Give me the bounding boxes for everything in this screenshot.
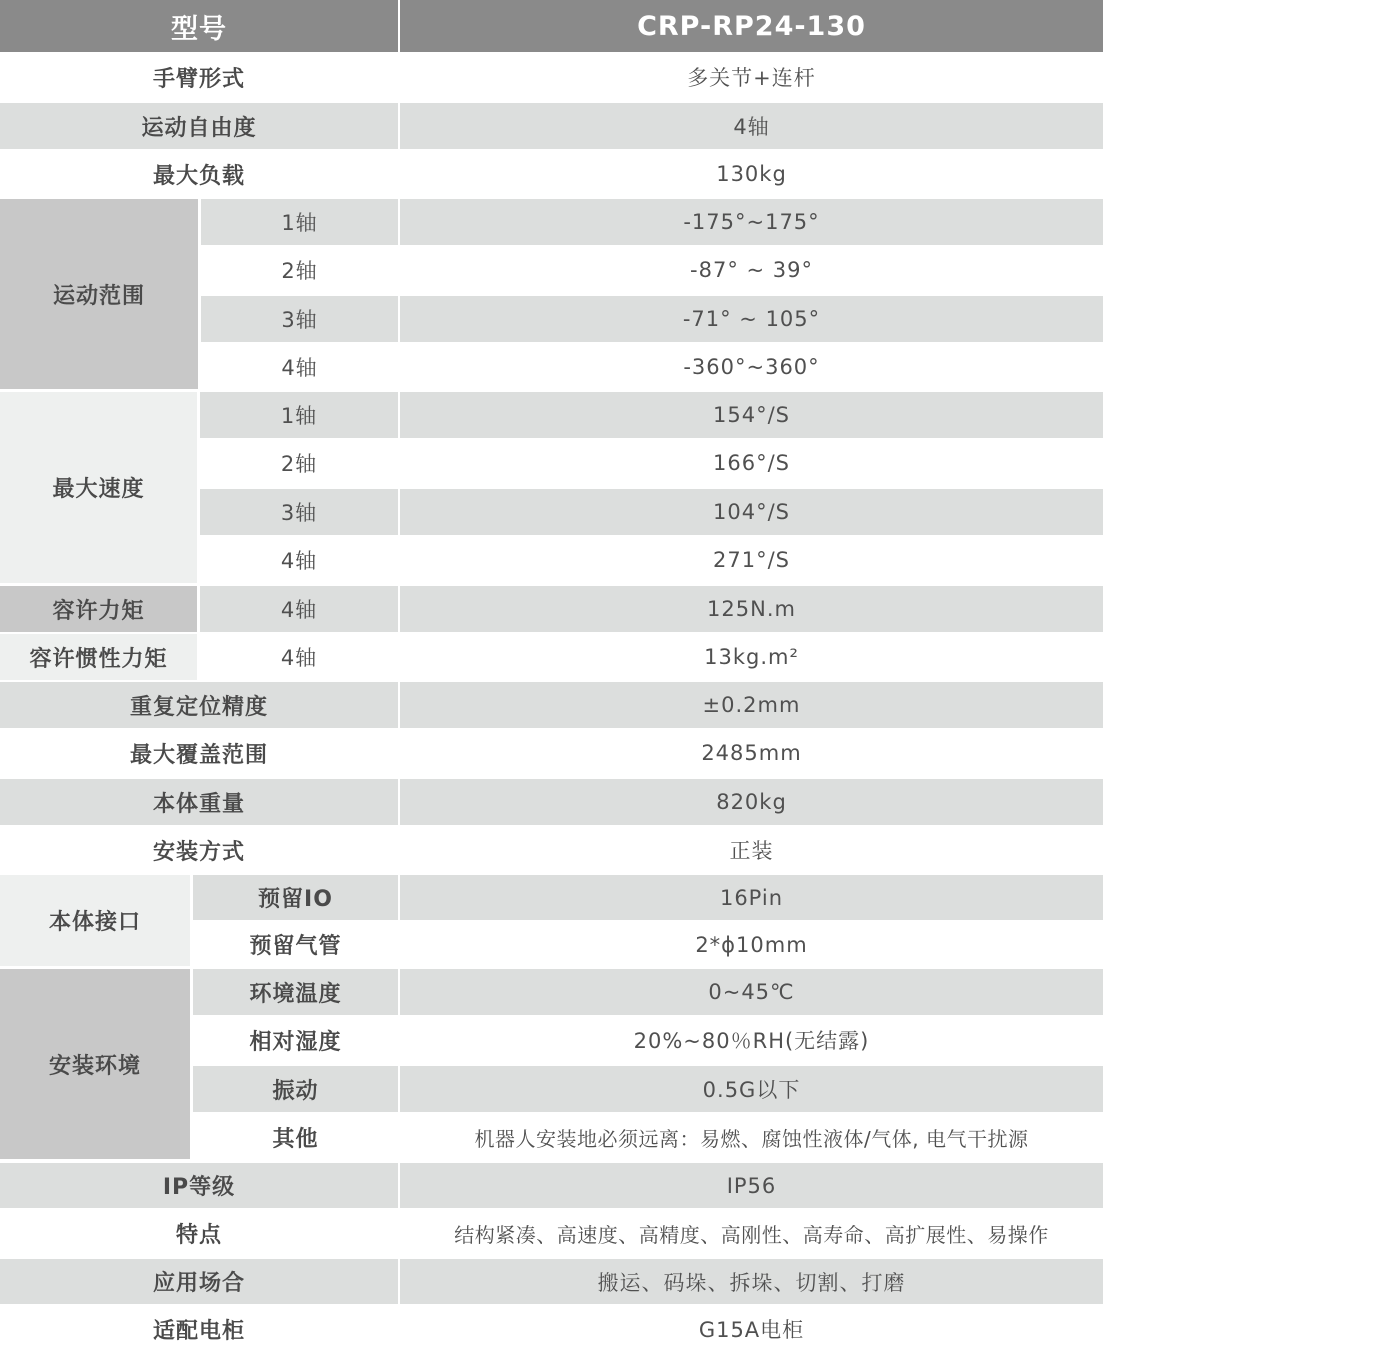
axis-label: 4轴 xyxy=(200,634,398,680)
value-max-speed-axis2: 166°/S xyxy=(400,440,1103,486)
sub-label-temperature: 环境温度 xyxy=(193,969,398,1015)
axis-label: 1轴 xyxy=(201,199,398,245)
value-motion-range-axis1: -175°~175° xyxy=(400,199,1103,245)
label-max-speed: 最大速度 xyxy=(0,392,197,583)
axis-label: 4轴 xyxy=(200,537,398,583)
label-applications: 应用场合 xyxy=(0,1259,398,1304)
axis-label: 3轴 xyxy=(200,489,398,535)
label-arm-type: 手臂形式 xyxy=(0,54,398,100)
label-body-weight: 本体重量 xyxy=(0,779,398,825)
axis-label: 4轴 xyxy=(200,586,398,632)
value-motion-range-axis3: -71° ~ 105° xyxy=(400,296,1103,342)
value-body-weight: 820kg xyxy=(400,779,1103,825)
value-repeatability: ±0.2mm xyxy=(400,682,1103,728)
label-allowable-inertia: 容许惯性力矩 xyxy=(0,634,197,680)
value-max-speed-axis3: 104°/S xyxy=(400,489,1103,535)
header-label-cell: 型号 xyxy=(0,0,398,52)
value-max-speed-axis4: 271°/S xyxy=(400,537,1103,583)
label-controller: 适配电柜 xyxy=(0,1306,398,1352)
label-ip-rating: IP等级 xyxy=(0,1163,398,1208)
sub-label-reserved-io: 预留IO xyxy=(193,875,398,920)
axis-label: 2轴 xyxy=(201,247,398,293)
axis-label: 2轴 xyxy=(200,440,398,486)
label-max-reach: 最大覆盖范围 xyxy=(0,730,398,776)
value-reserved-io: 16Pin xyxy=(400,875,1103,920)
value-allowable-inertia: 13kg.m² xyxy=(400,634,1103,680)
label-repeatability: 重复定位精度 xyxy=(0,682,398,728)
value-vibration: 0.5G以下 xyxy=(400,1066,1103,1112)
label-motion-range: 运动范围 xyxy=(0,199,198,389)
label-max-payload: 最大负载 xyxy=(0,151,398,197)
value-humidity: 20%~80％RH(无结露) xyxy=(400,1017,1103,1063)
value-controller: G15A电柜 xyxy=(400,1306,1103,1352)
value-motion-range-axis2: -87° ~ 39° xyxy=(400,247,1103,293)
value-arm-type: 多关节+连杆 xyxy=(400,54,1103,100)
sub-label-vibration: 振动 xyxy=(193,1066,398,1112)
label-mounting: 安装方式 xyxy=(0,827,398,873)
value-applications: 搬运、码垛、拆垛、切割、打磨 xyxy=(400,1259,1103,1304)
sub-label-reserved-air: 预留气管 xyxy=(193,922,398,967)
label-body-interface: 本体接口 xyxy=(0,875,190,966)
value-temperature: 0~45℃ xyxy=(400,969,1103,1015)
value-reserved-air: 2*ϕ10mm xyxy=(400,922,1103,967)
value-dof: 4轴 xyxy=(400,103,1103,149)
value-mounting: 正装 xyxy=(400,827,1103,873)
value-motion-range-axis4: -360°~360° xyxy=(400,344,1103,390)
value-ip-rating: IP56 xyxy=(400,1163,1103,1208)
label-dof: 运动自由度 xyxy=(0,103,398,149)
value-allowable-torque: 125N.m xyxy=(400,586,1103,632)
sub-label-other: 其他 xyxy=(193,1114,398,1160)
axis-label: 4轴 xyxy=(201,344,398,390)
value-max-payload: 130kg xyxy=(400,151,1103,197)
value-other: 机器人安装地必须远离：易燃、腐蚀性液体/气体, 电气干扰源 xyxy=(400,1114,1103,1160)
value-features: 结构紧凑、高速度、高精度、高刚性、高寿命、高扩展性、易操作 xyxy=(400,1210,1103,1256)
value-max-reach: 2485mm xyxy=(400,730,1103,776)
label-environment: 安装环境 xyxy=(0,969,190,1159)
label-allowable-torque: 容许力矩 xyxy=(0,586,197,632)
sub-label-humidity: 相对湿度 xyxy=(193,1017,398,1063)
axis-label: 3轴 xyxy=(201,296,398,342)
value-max-speed-axis1: 154°/S xyxy=(400,392,1103,438)
header-model-cell: CRP-RP24-130 xyxy=(400,0,1103,52)
axis-label: 1轴 xyxy=(200,392,398,438)
label-features: 特点 xyxy=(0,1210,398,1256)
